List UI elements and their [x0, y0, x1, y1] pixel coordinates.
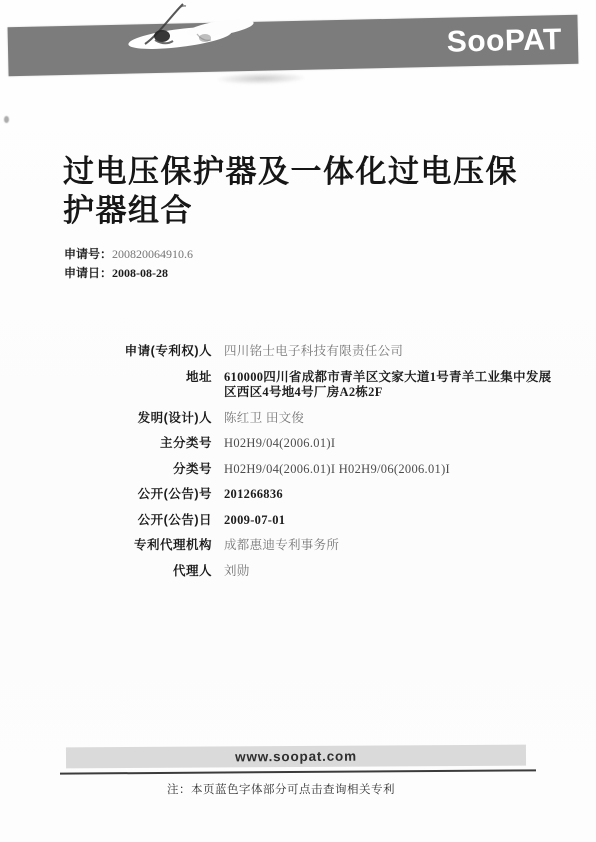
main-ipc-label: 主分类号	[64, 436, 212, 452]
agency-label: 专利代理机构	[64, 538, 212, 554]
field-row-agency: 专利代理机构 成都惠迪专利事务所	[64, 538, 554, 554]
publication-date-value: 2009-07-01	[224, 513, 554, 529]
address-label: 地址	[64, 370, 212, 386]
application-date-row: 申请日：2008-08-28	[64, 264, 193, 283]
main-ipc-value[interactable]: H02H9/04(2006.01)I	[224, 436, 554, 452]
patent-title: 过电压保护器及一体化过电压保护器组合	[63, 152, 537, 230]
bibliographic-fields: 申请(专利权)人 四川铭士电子科技有限责任公司 地址 610000四川省成都市青…	[64, 344, 554, 589]
ipc-label: 分类号	[64, 462, 212, 478]
footer-note: 注：本页蓝色字体部分可点击查询相关专利	[0, 781, 562, 797]
website-bar: www.soopat.com	[66, 745, 526, 769]
soopat-logo: SooPAT	[446, 23, 562, 60]
scan-smudge	[218, 72, 304, 84]
address-value: 610000四川省成都市青羊区文家大道1号青羊工业集中发展区西区4号地4号厂房A…	[224, 370, 554, 401]
applicant-label: 申请(专利权)人	[64, 344, 212, 360]
publication-date-label: 公开(公告)日	[64, 513, 212, 529]
application-date-value: 2008-08-28	[112, 266, 168, 280]
publication-no-label: 公开(公告)号	[64, 487, 212, 503]
scan-edge-mark	[4, 116, 9, 123]
agency-value[interactable]: 成都惠迪专利事务所	[224, 538, 554, 554]
application-meta: 申请号：200820064910.6 申请日：2008-08-28	[64, 245, 193, 283]
application-date-label: 申请日：	[64, 266, 112, 280]
scan-artifact-staple-mark	[85, 0, 305, 62]
field-row-inventor: 发明(设计)人 陈红卫 田文俊	[64, 411, 554, 427]
field-row-main-ipc: 主分类号 H02H9/04(2006.01)I	[64, 436, 554, 452]
application-no-value[interactable]: 200820064910.6	[112, 247, 193, 261]
field-row-address: 地址 610000四川省成都市青羊区文家大道1号青羊工业集中发展区西区4号地4号…	[64, 370, 554, 401]
agent-value[interactable]: 刘勋	[224, 564, 554, 580]
patent-cover-page: SooPAT 过电压保护器及一体化过电压保护器组合 申请号：2008200649…	[0, 0, 596, 842]
field-row-agent: 代理人 刘勋	[64, 564, 554, 580]
field-row-ipc: 分类号 H02H9/04(2006.01)I H02H9/06(2006.01)…	[64, 462, 554, 478]
ipc-value[interactable]: H02H9/04(2006.01)I H02H9/06(2006.01)I	[224, 462, 554, 478]
agent-label: 代理人	[64, 564, 212, 580]
application-no-label: 申请号：	[64, 247, 112, 261]
application-no-row: 申请号：200820064910.6	[64, 245, 193, 264]
footer-divider	[60, 769, 536, 774]
inventor-label: 发明(设计)人	[64, 411, 212, 427]
website-url[interactable]: www.soopat.com	[235, 749, 357, 765]
applicant-value[interactable]: 四川铭士电子科技有限责任公司	[224, 344, 554, 360]
field-row-publication-no: 公开(公告)号 201266836	[64, 487, 554, 503]
inventor-value[interactable]: 陈红卫 田文俊	[224, 411, 554, 427]
field-row-publication-date: 公开(公告)日 2009-07-01	[64, 513, 554, 529]
field-row-applicant: 申请(专利权)人 四川铭士电子科技有限责任公司	[64, 344, 554, 360]
publication-no-value: 201266836	[224, 487, 554, 503]
